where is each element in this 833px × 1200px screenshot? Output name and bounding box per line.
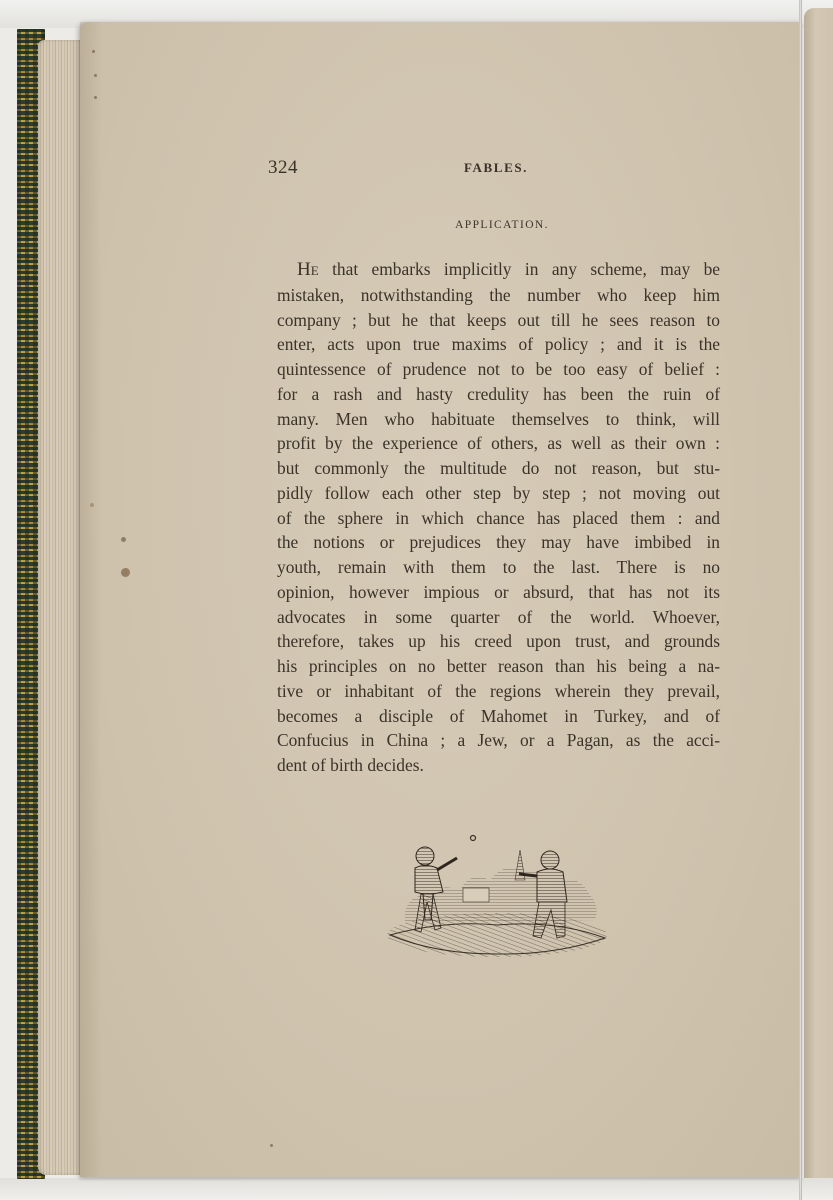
text-line: becomes a disciple of Mahomet in Turkey,… xyxy=(277,704,720,729)
running-title: FABLES. xyxy=(268,160,720,176)
foxing-spot xyxy=(121,537,126,542)
text-line: quintessence of prudence not to be too e… xyxy=(277,357,720,382)
text-line: enter, acts upon true maxims of policy ;… xyxy=(277,332,720,357)
text-line: the notions or prejudices they may have … xyxy=(277,530,720,555)
text-line: many. Men who habituate themselves to th… xyxy=(277,407,720,432)
text-line: youth, remain with them to the last. The… xyxy=(277,555,720,580)
page-stack-edge xyxy=(38,40,86,1175)
facing-page-edge xyxy=(804,8,833,1178)
foxing-spot xyxy=(90,503,94,507)
text-line: Confucius in China ; a Jew, or a Pagan, … xyxy=(277,728,720,753)
text-line: his principles on no better reason than … xyxy=(277,654,720,679)
section-title: APPLICATION. xyxy=(268,219,736,231)
text-line: of the sphere in which chance has placed… xyxy=(277,506,720,531)
page-divider xyxy=(799,0,802,1200)
woodcut-vignette-icon xyxy=(385,830,610,965)
foxing-spot xyxy=(270,1144,273,1147)
foxing-spot xyxy=(94,74,97,77)
text-line: profit by the experience of others, as w… xyxy=(277,431,720,456)
text-line: tive or inhabitant of the regions wherei… xyxy=(277,679,720,704)
body-paragraph: He that embarks implicitly in any scheme… xyxy=(277,257,720,778)
foxing-spot xyxy=(121,568,130,577)
dropcap-word: He xyxy=(297,259,319,280)
text-line: dent of birth decides. xyxy=(277,753,720,778)
text-line: therefore, takes up his creed upon trust… xyxy=(277,629,720,654)
text-line: but commonly the multitude do not reason… xyxy=(277,456,720,481)
running-head: 324 FABLES. xyxy=(268,157,720,181)
text-line: He that embarks implicitly in any scheme… xyxy=(277,257,720,283)
backdrop xyxy=(0,1178,833,1200)
text-line: mistaken, notwithstanding the number who… xyxy=(277,283,720,308)
foxing-spot xyxy=(92,50,95,53)
text-line: for a rash and hasty credulity has been … xyxy=(277,382,720,407)
text-line: advocates in some quarter of the world. … xyxy=(277,605,720,630)
text-line: pidly follow each other step by step ; n… xyxy=(277,481,720,506)
text-line: opinion, however impious or absurd, that… xyxy=(277,580,720,605)
text-line: company ; but he that keeps out till he … xyxy=(277,308,720,333)
foxing-spot xyxy=(94,96,97,99)
text-fragment: that embarks implicitly in any scheme, m… xyxy=(319,259,720,279)
